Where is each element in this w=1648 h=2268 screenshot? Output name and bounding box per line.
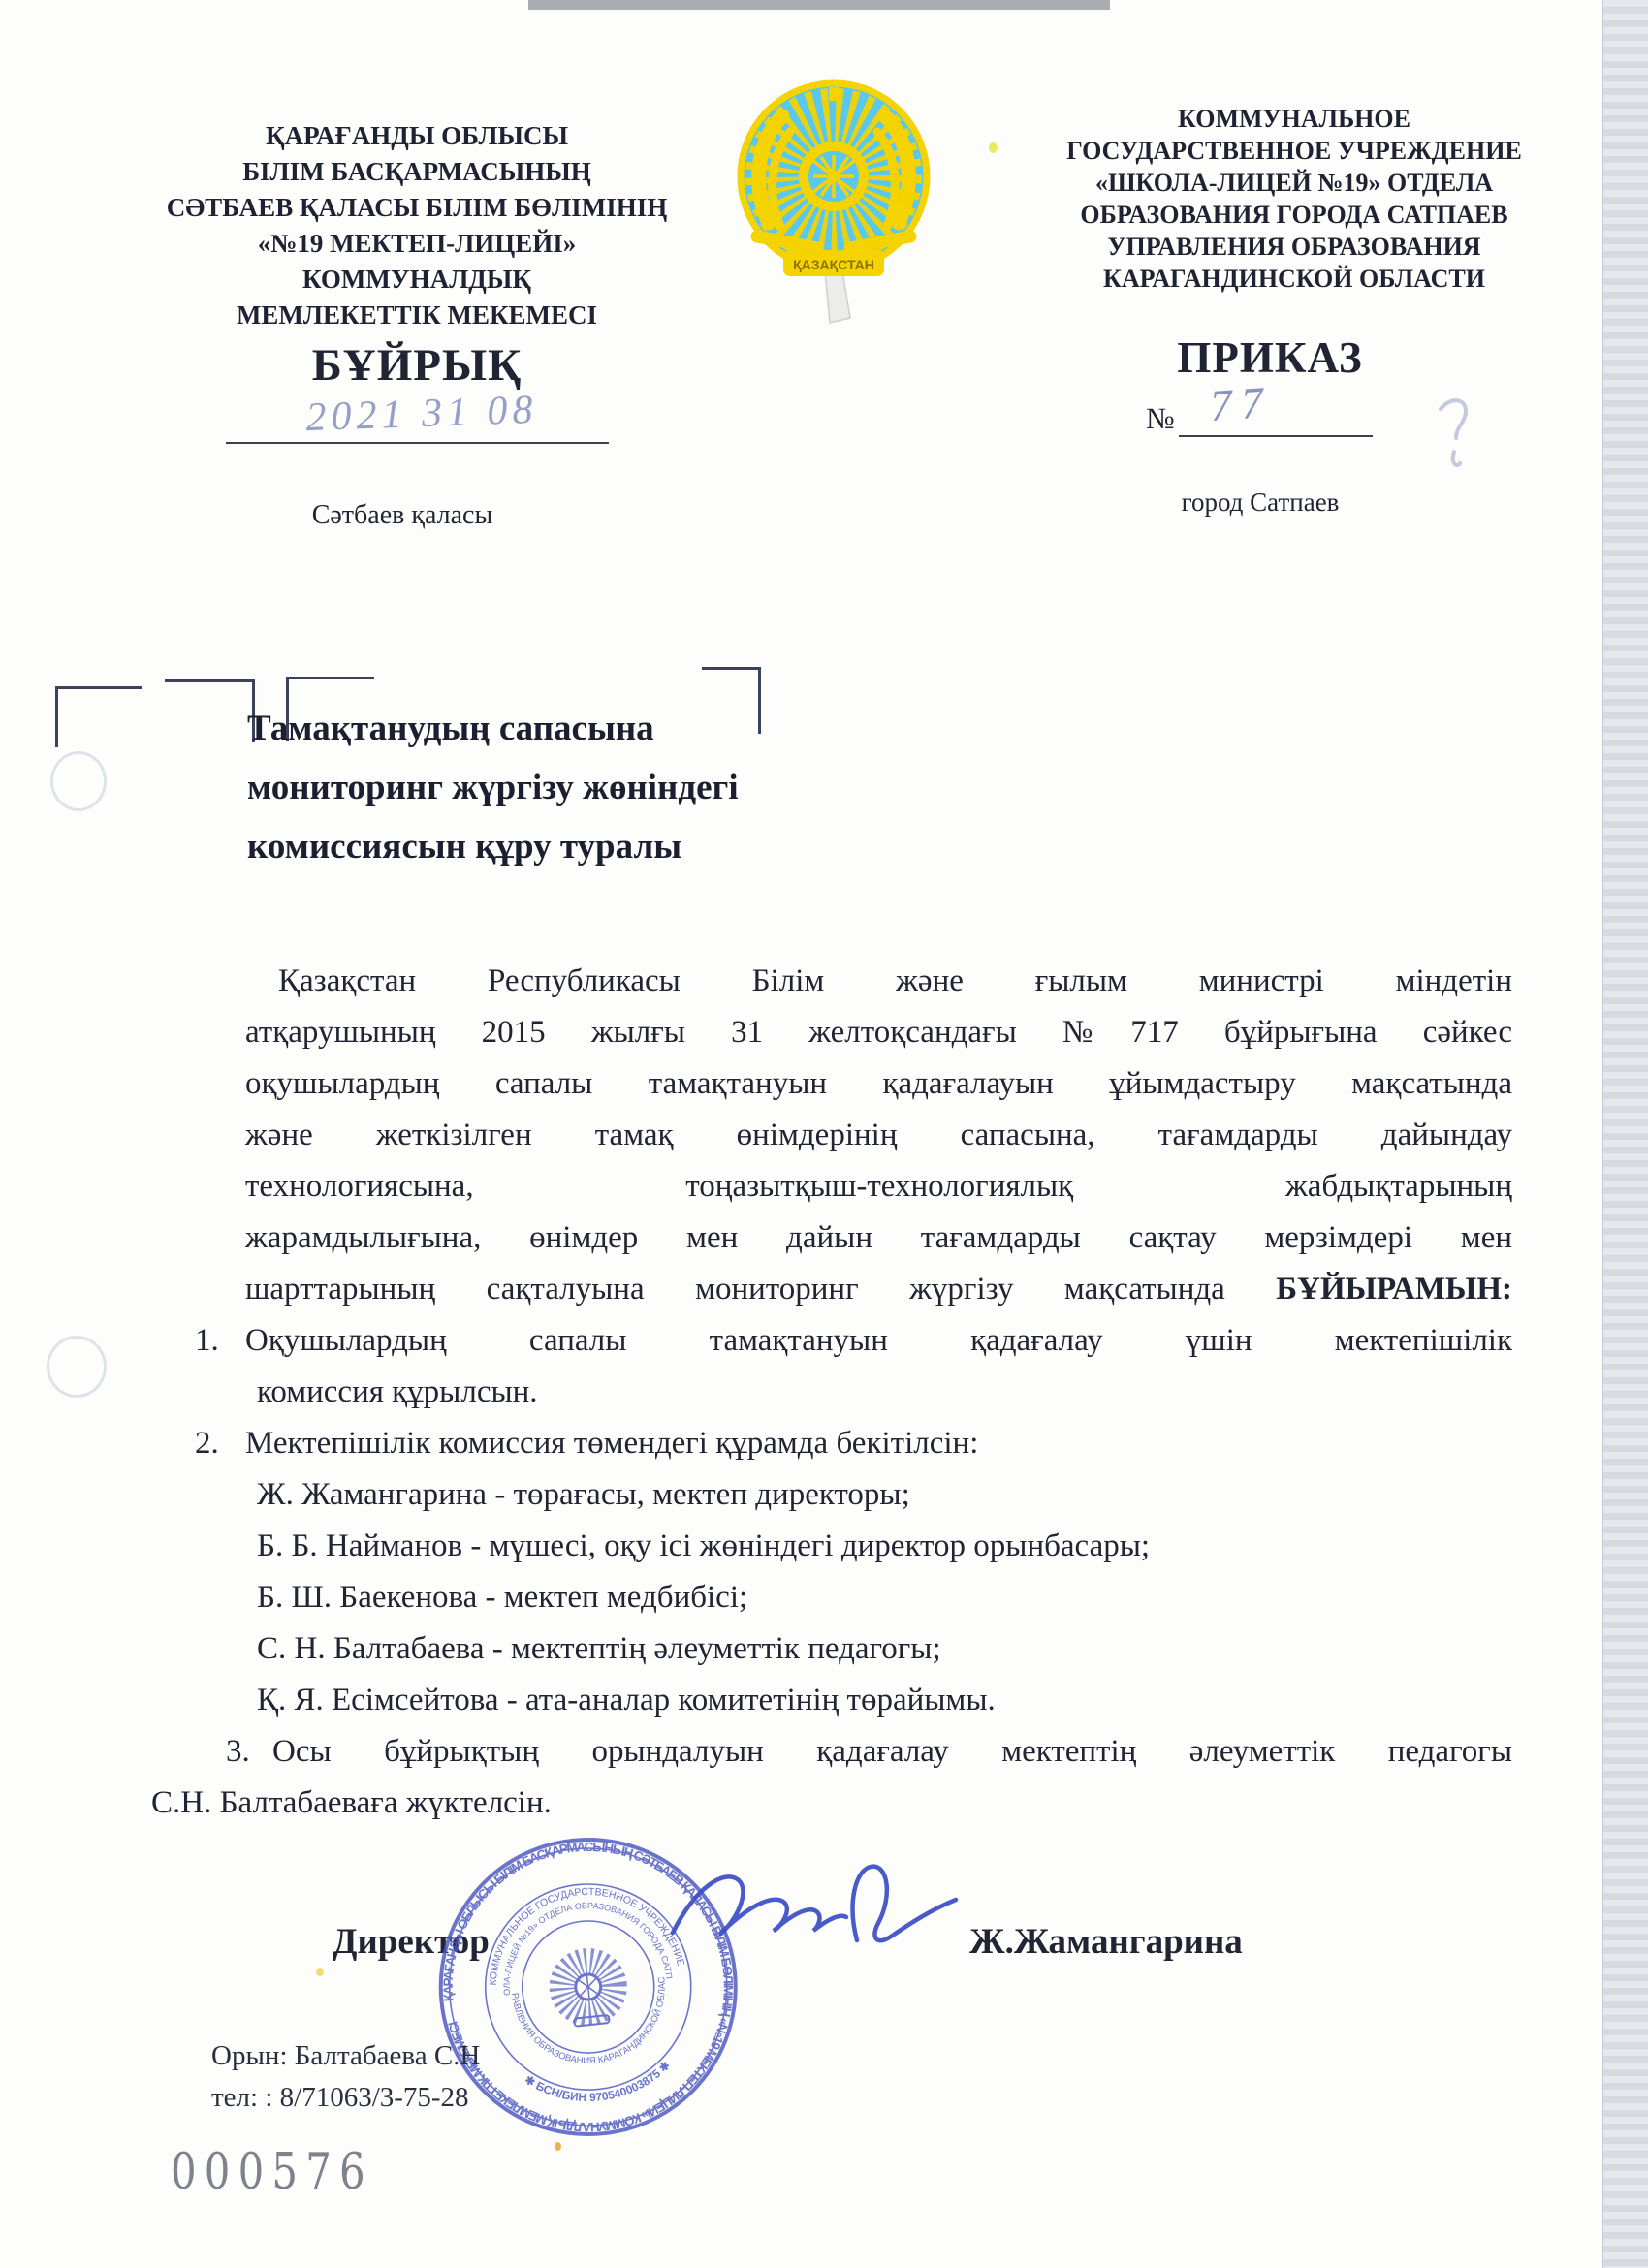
- body-line: Қ. Я. Есімсейтова - ата-аналар комитетін…: [257, 1675, 1512, 1726]
- order-title-kazakh: БҰЙРЫҚ: [223, 339, 611, 392]
- body-line: С. Н. Балтабаева - мектептің әлеуметтік …: [257, 1623, 1512, 1675]
- number-label: №: [1146, 401, 1175, 436]
- scanned-order-document: ҚАРАҒАНДЫ ОБЛЫСЫБІЛІМ БАСҚАРМАСЫНЫҢСӘТБА…: [0, 0, 1648, 2268]
- handwritten-number: 77: [1208, 376, 1274, 431]
- body-line: атқарушының 2015 жылғы 31 желтоқсандағы …: [245, 1007, 1512, 1058]
- handwritten-date: 2021 31 08: [237, 384, 606, 443]
- subject-line: комиссиясын құру туралы: [247, 817, 868, 876]
- kazakhstan-coat-of-arms: ҚАЗАҚСТАН: [732, 79, 935, 331]
- executor-name: Орын: Балтабаева С.Н: [211, 2035, 480, 2077]
- org-line: КОММУНАЛЬНОЕ: [1003, 103, 1585, 135]
- body-line: шарттарының сақталуына мониторинг жүргіз…: [245, 1264, 1512, 1315]
- scan-edge-right: [1602, 0, 1648, 2268]
- org-line: ҚАРАҒАНДЫ ОБЛЫСЫ: [136, 118, 698, 154]
- body-line: 2.Мектепішілік комиссия төмендегі құрамд…: [245, 1418, 1512, 1469]
- subject-line: мониторинг жүргізу жөніндегі: [247, 758, 868, 817]
- place-kazakh: Сәтбаев қаласы: [281, 500, 523, 531]
- executor-phone: тел: : 8/71063/3-75-28: [211, 2077, 480, 2119]
- faint-seal-mark: [50, 751, 107, 811]
- ink-speck: [316, 1968, 324, 1976]
- org-name-kazakh: ҚАРАҒАНДЫ ОБЛЫСЫБІЛІМ БАСҚАРМАСЫНЫҢСӘТБА…: [136, 118, 698, 333]
- org-line: МЕМЛЕКЕТТІК МЕКЕМЕСІ: [136, 298, 698, 333]
- body-line: Б. Б. Найманов - мүшесі, оқу ісі жөнінде…: [257, 1521, 1512, 1572]
- subject-line: Тамақтанудың сапасына: [247, 699, 868, 758]
- list-number: 2.: [195, 1418, 219, 1469]
- number-rule: [1179, 435, 1373, 437]
- org-line: БІЛІМ БАСҚАРМАСЫНЫҢ: [136, 154, 698, 190]
- ink-speck: [989, 142, 998, 153]
- place-russian: город Сатпаев: [1134, 488, 1386, 518]
- org-line: КАРАГАНДИНСКОЙ ОБЛАСТИ: [1003, 263, 1585, 295]
- body-line: Ж. Жамангарина - төрағасы, мектеп директ…: [257, 1469, 1512, 1521]
- org-line: ГОСУДАРСТВЕННОЕ УЧРЕЖДЕНИЕ: [1003, 135, 1585, 167]
- director-signature: [655, 1843, 975, 1974]
- body-line: 3.Осы бұйрықтың орындалуын қадағалау мек…: [245, 1726, 1512, 1778]
- registration-number-stamp: 000576: [171, 2144, 373, 2201]
- signer-name: Ж.Жамангарина: [969, 1921, 1243, 1963]
- scan-edge-top: [528, 0, 1110, 10]
- org-line: ОБРАЗОВАНИЯ ГОРОДА САТПАЕВ: [1003, 199, 1585, 231]
- body-line: оқушылардың сапалы тамақтануын қадағалау…: [245, 1058, 1512, 1110]
- org-line: КОММУНАЛДЫҚ: [136, 262, 698, 298]
- list-number: 1.: [195, 1315, 219, 1367]
- date-rule: [226, 442, 609, 444]
- corner-mark: [55, 686, 142, 747]
- org-line: СӘТБАЕВ ҚАЛАСЫ БІЛІМ БӨЛІМІНІҢ: [136, 190, 698, 226]
- org-line: УПРАВЛЕНИЯ ОБРАЗОВАНИЯ: [1003, 231, 1585, 263]
- order-subject: Тамақтанудың сапасынамониторинг жүргізу …: [247, 699, 868, 876]
- body-line: технологиясына, тоңазытқыш-технологиялық…: [245, 1161, 1512, 1213]
- body-line: комиссия құрылсын.: [257, 1367, 1512, 1418]
- org-line: «ШКОЛА-ЛИЦЕЙ №19» ОТДЕЛА: [1003, 167, 1585, 199]
- org-name-russian: КОММУНАЛЬНОЕГОСУДАРСТВЕННОЕ УЧРЕЖДЕНИЕ«Ш…: [1003, 103, 1585, 295]
- executor-info: Орын: Балтабаева С.Н тел: : 8/71063/3-75…: [211, 2035, 480, 2119]
- faint-seal-mark: [47, 1336, 107, 1398]
- pencil-mark: [1433, 392, 1481, 484]
- emblem-banner-text: ҚАЗАҚСТАН: [793, 257, 874, 272]
- body-line: 1.Оқушылардың сапалы тамақтануын қадағал…: [245, 1315, 1512, 1367]
- body-line: С.Н. Балтабаеваға жүктелсін.: [151, 1778, 1512, 1829]
- list-number: 3.: [226, 1726, 250, 1778]
- corner-mark: [165, 679, 255, 742]
- body-line: Б. Ш. Баекенова - мектеп медбибісі;: [257, 1572, 1512, 1623]
- order-body: Қазақстан Республикасы Білім және ғылым …: [245, 956, 1512, 1829]
- body-line: және жеткізілген тамақ өнімдерінің сапас…: [245, 1110, 1512, 1161]
- body-line: жарамдылығына, өнімдер мен дайын тағамда…: [245, 1213, 1512, 1264]
- body-line: Қазақстан Республикасы Білім және ғылым …: [245, 956, 1512, 1007]
- org-line: «№19 МЕКТЕП-ЛИЦЕЙІ»: [136, 226, 698, 262]
